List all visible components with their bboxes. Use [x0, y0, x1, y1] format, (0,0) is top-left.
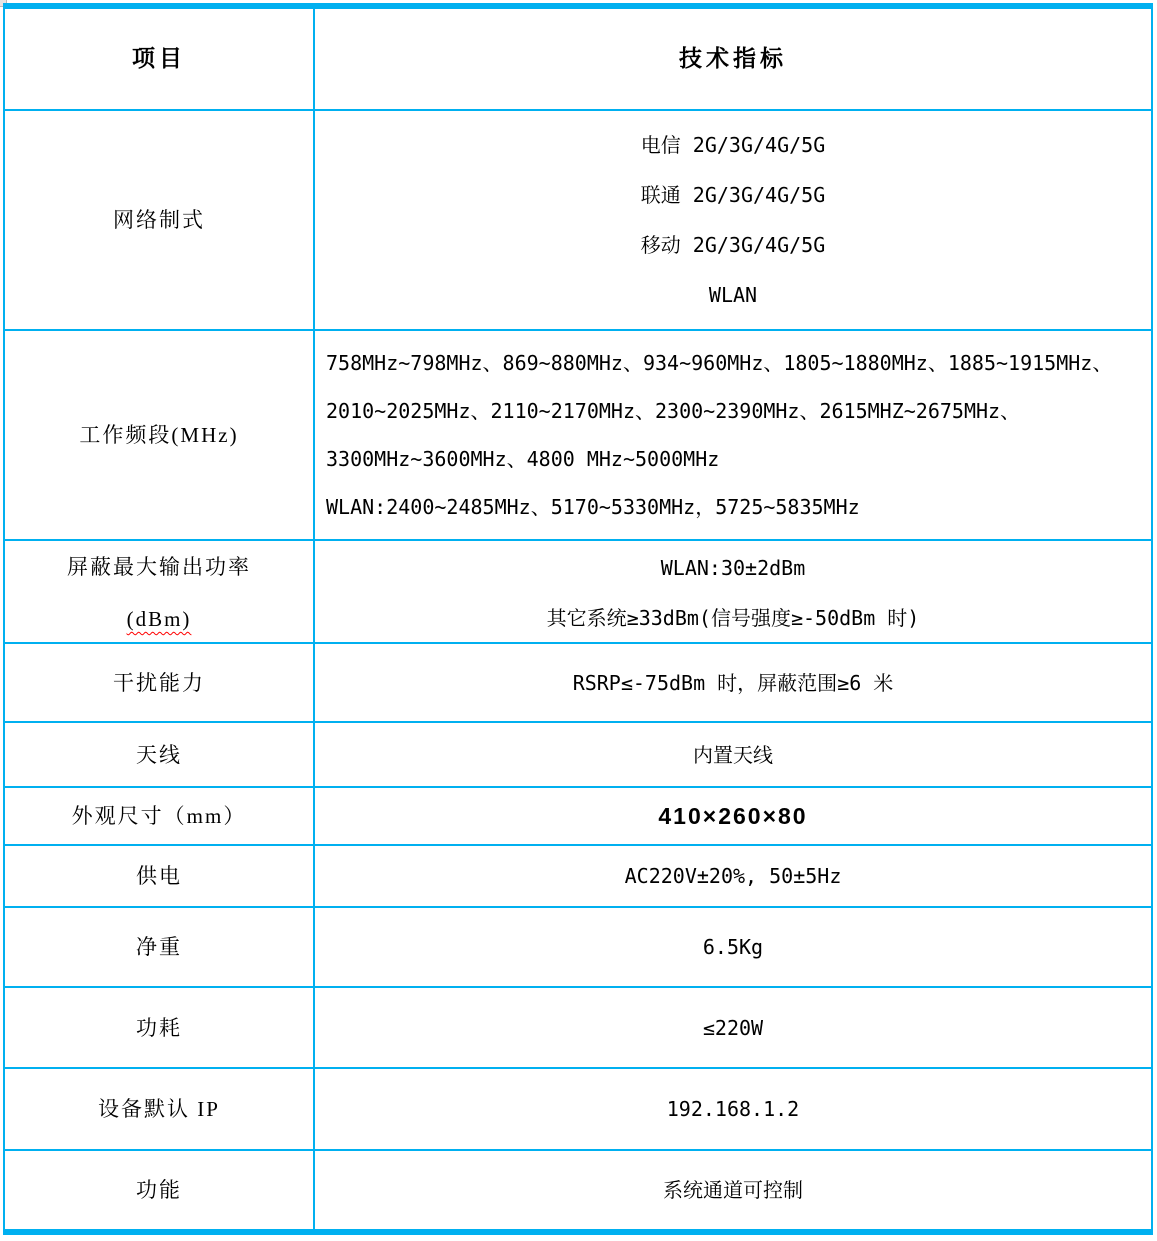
row-label: 净重 — [5, 908, 315, 986]
row-label-text: 功耗 — [136, 1004, 182, 1052]
table-row-power-supply: 供电 AC220V±20%, 50±5Hz — [5, 846, 1151, 908]
table-row-max-output-power: 屏蔽最大输出功率 (dBm) WLAN:30±2dBm 其它系统≥33dBm(信… — [5, 541, 1151, 644]
row-label: 外观尺寸（mm） — [5, 788, 315, 844]
row-label-text: 供电 — [136, 852, 182, 900]
row-label-text: 网络制式 — [113, 196, 205, 244]
header-row: 项目 技术指标 — [5, 9, 1151, 111]
table-row-frequency: 工作频段(MHz) 758MHz~798MHz、869~880MHz、934~9… — [5, 331, 1151, 541]
value-line: WLAN:2400~2485MHz、5170~5330MHz，5725~5835… — [326, 483, 860, 531]
row-value: 758MHz~798MHz、869~880MHz、934~960MHz、1805… — [315, 331, 1151, 539]
row-label-text: 净重 — [136, 923, 182, 971]
spec-table: 项目 技术指标 网络制式 电信 2G/3G/4G/5G 联通 2G/3G/4G/… — [3, 3, 1153, 1235]
header-cell-item: 项目 — [5, 9, 315, 109]
row-value: 6.5Kg — [315, 908, 1151, 986]
value-line: WLAN — [709, 270, 757, 320]
row-value-text: 系统通道可控制 — [663, 1165, 803, 1215]
row-label: 功耗 — [5, 988, 315, 1067]
value-line: 联通 2G/3G/4G/5G — [641, 170, 826, 220]
row-label-text: 设备默认 IP — [98, 1085, 220, 1133]
row-label-line1: 屏蔽最大输出功率 — [67, 541, 251, 593]
table-row-power-consumption: 功耗 ≤220W — [5, 988, 1151, 1069]
table-row-net-weight: 净重 6.5Kg — [5, 908, 1151, 988]
value-line: 其它系统≥33dBm(信号强度≥-50dBm 时) — [547, 593, 920, 643]
row-value: 内置天线 — [315, 723, 1151, 786]
row-label: 工作频段(MHz) — [5, 331, 315, 539]
row-value-text: 内置天线 — [693, 730, 773, 780]
row-value: ≤220W — [315, 988, 1151, 1067]
row-label-line2-spellcheck: (dBm) — [127, 593, 192, 645]
header-cell-spec: 技术指标 — [315, 9, 1151, 109]
row-value: AC220V±20%, 50±5Hz — [315, 846, 1151, 906]
row-label: 设备默认 IP — [5, 1069, 315, 1149]
row-label: 屏蔽最大输出功率 (dBm) — [5, 541, 315, 645]
table-row-network: 网络制式 电信 2G/3G/4G/5G 联通 2G/3G/4G/5G 移动 2G… — [5, 111, 1151, 331]
table-row-function: 功能 系统通道可控制 — [5, 1151, 1151, 1229]
row-label: 功能 — [5, 1151, 315, 1229]
row-label-text: 工作频段(MHz) — [79, 411, 238, 459]
table-row-antenna: 天线 内置天线 — [5, 723, 1151, 788]
row-label-text: 功能 — [136, 1166, 182, 1214]
value-line: 2010~2025MHz、2110~2170MHz、2300~2390MHz、2… — [326, 387, 1020, 435]
row-label: 干扰能力 — [5, 644, 315, 721]
row-label-text: 外观尺寸（mm） — [72, 792, 247, 840]
document-page: 项目 技术指标 网络制式 电信 2G/3G/4G/5G 联通 2G/3G/4G/… — [0, 0, 1157, 1241]
row-label: 网络制式 — [5, 111, 315, 329]
table-row-dimensions: 外观尺寸（mm） 410×260×80 — [5, 788, 1151, 846]
header-spec-label: 技术指标 — [679, 34, 787, 84]
row-value: 系统通道可控制 — [315, 1151, 1151, 1229]
table-row-default-ip: 设备默认 IP 192.168.1.2 — [5, 1069, 1151, 1151]
value-line: WLAN:30±2dBm — [661, 543, 806, 593]
row-value-text: 410×260×80 — [658, 791, 807, 841]
value-line: 758MHz~798MHz、869~880MHz、934~960MHz、1805… — [326, 339, 1112, 387]
row-value-text: ≤220W — [703, 1003, 763, 1053]
row-value-text: 192.168.1.2 — [667, 1084, 799, 1134]
row-label: 天线 — [5, 723, 315, 786]
value-line: 电信 2G/3G/4G/5G — [641, 120, 826, 170]
row-value: 192.168.1.2 — [315, 1069, 1151, 1149]
row-value: 电信 2G/3G/4G/5G 联通 2G/3G/4G/5G 移动 2G/3G/4… — [315, 111, 1151, 329]
row-label-text: 干扰能力 — [113, 659, 205, 707]
row-value: 410×260×80 — [315, 788, 1151, 844]
row-label-text: 天线 — [136, 731, 182, 779]
table-row-interference: 干扰能力 RSRP≤-75dBm 时，屏蔽范围≥6 米 — [5, 644, 1151, 723]
value-line: 移动 2G/3G/4G/5G — [641, 220, 826, 270]
row-value-text: AC220V±20%, 50±5Hz — [625, 851, 842, 901]
row-value-text: RSRP≤-75dBm 时，屏蔽范围≥6 米 — [573, 658, 894, 708]
value-line: 3300MHz~3600MHz、4800 MHz~5000MHz — [326, 435, 719, 483]
row-value-text: 6.5Kg — [703, 922, 763, 972]
row-label: 供电 — [5, 846, 315, 906]
row-value: RSRP≤-75dBm 时，屏蔽范围≥6 米 — [315, 644, 1151, 721]
header-item-label: 项目 — [132, 35, 186, 83]
row-value: WLAN:30±2dBm 其它系统≥33dBm(信号强度≥-50dBm 时) — [315, 541, 1151, 645]
